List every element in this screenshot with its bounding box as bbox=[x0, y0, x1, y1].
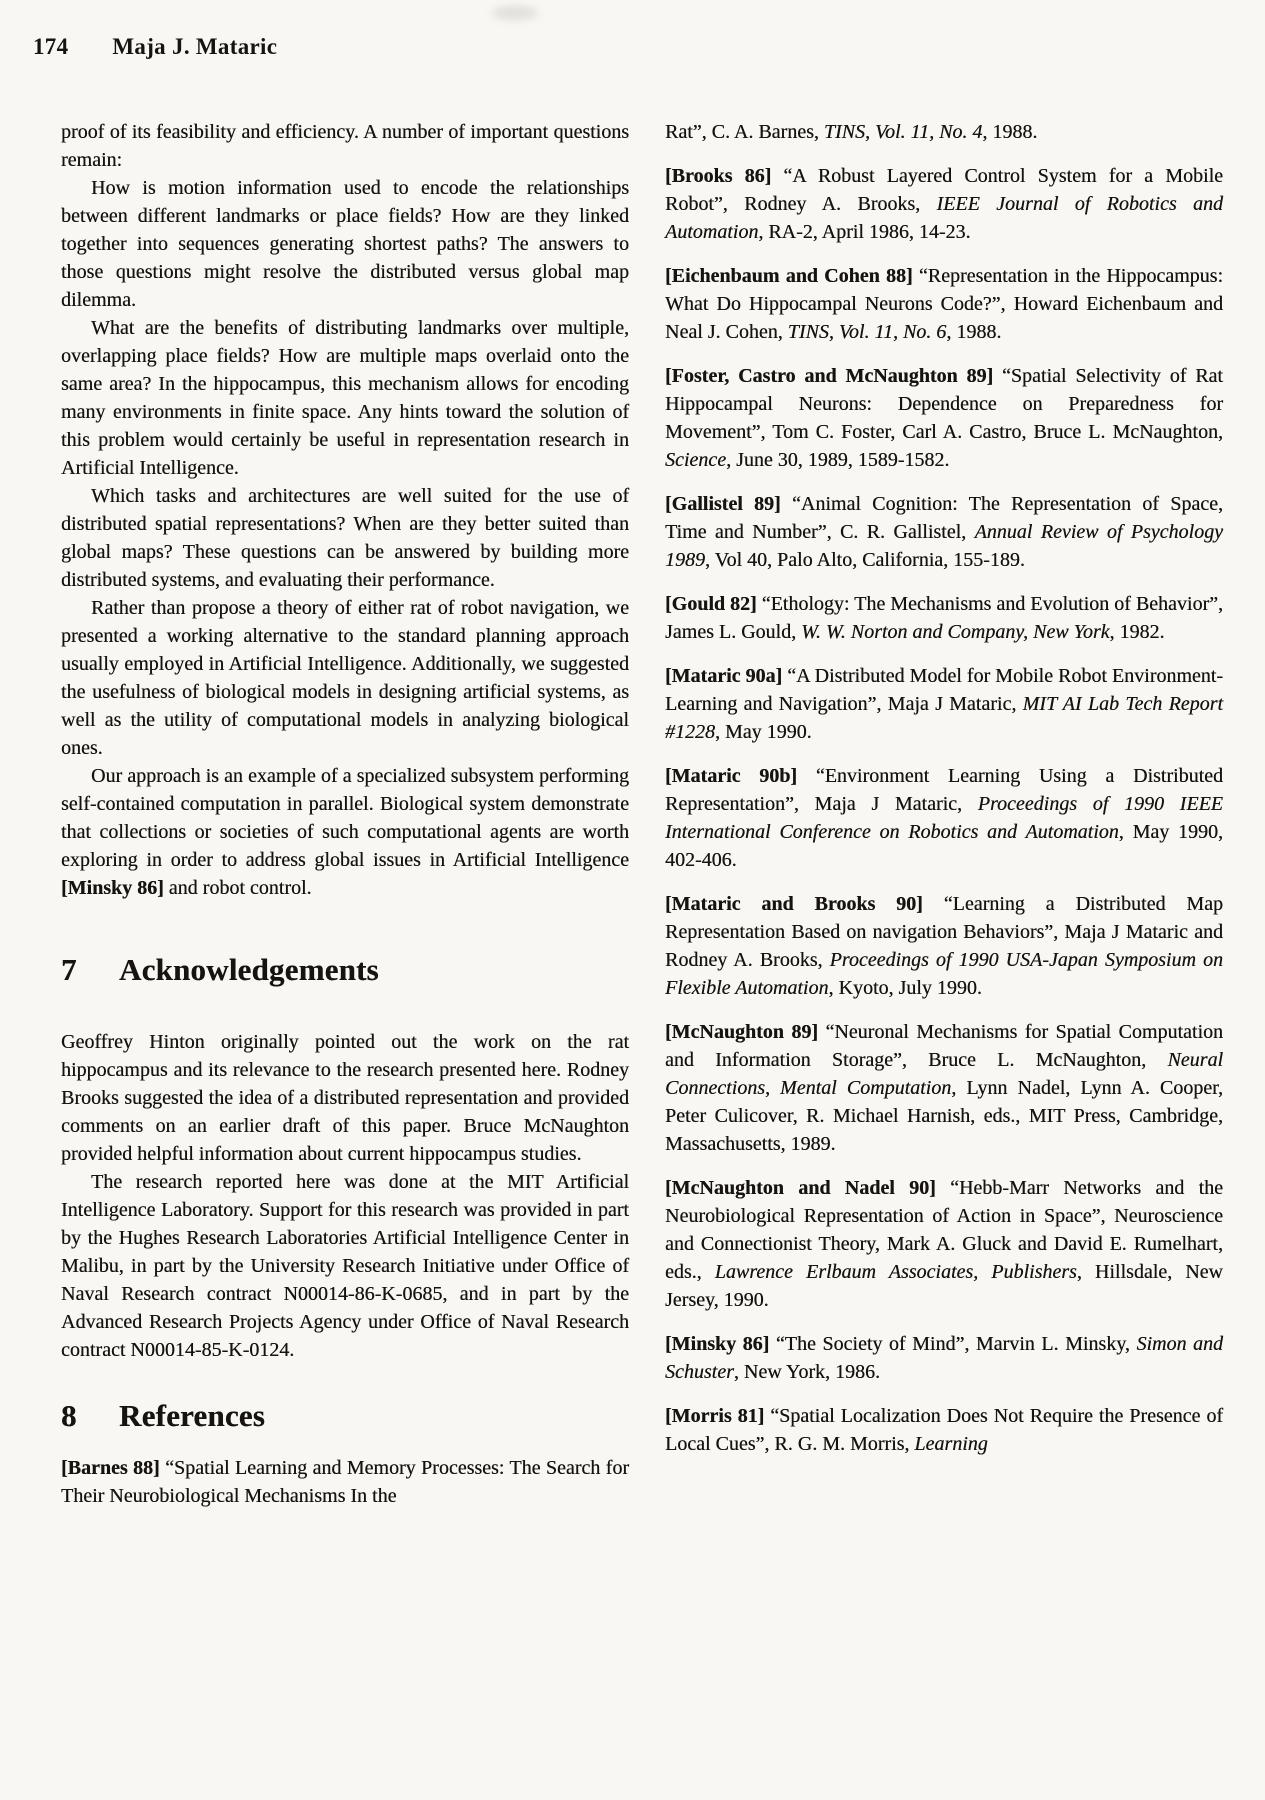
paragraph: What are the benefits of distributing la… bbox=[61, 314, 629, 482]
reference-key: [Mataric 90a] bbox=[665, 665, 782, 687]
text-run: Which tasks and architectures are well s… bbox=[61, 485, 629, 591]
page-number: 174 bbox=[33, 34, 68, 59]
left-column: proof of its feasibility and efficiency.… bbox=[61, 118, 629, 1510]
paragraph: proof of its feasibility and efficiency.… bbox=[61, 118, 629, 174]
text-run: What are the benefits of distributing la… bbox=[61, 317, 629, 479]
section-number: 8 bbox=[61, 1394, 119, 1438]
italic-text: Lawrence Erlbaum Associates, Publishers bbox=[715, 1261, 1077, 1283]
paragraph: Geoffrey Hinton originally pointed out t… bbox=[61, 1028, 629, 1168]
reference-entry: [Brooks 86] “A Robust Layered Control Sy… bbox=[665, 162, 1223, 246]
reference-key: [Gallistel 89] bbox=[665, 493, 781, 515]
reference-key: [McNaughton 89] bbox=[665, 1021, 818, 1043]
text-run: “The Society of Mind”, Marvin L. Minsky, bbox=[769, 1333, 1136, 1355]
reference-entry: [Mataric 90b] “Environment Learning Usin… bbox=[665, 762, 1223, 874]
reference-entry: [Barnes 88] “Spatial Learning and Memory… bbox=[61, 1454, 629, 1510]
reference-entry: [Mataric 90a] “A Distributed Model for M… bbox=[665, 662, 1223, 746]
reference-entry: [McNaughton 89] “Neuronal Mechanisms for… bbox=[665, 1018, 1223, 1158]
italic-text: Learning bbox=[914, 1433, 987, 1455]
scan-smudge bbox=[492, 6, 538, 20]
reference-key: [Minsky 86] bbox=[665, 1333, 769, 1355]
reference-key: [Morris 81] bbox=[665, 1405, 764, 1427]
page-header: 174Maja J. Mataric bbox=[33, 34, 277, 60]
italic-text: TINS, Vol. 11, No. 4 bbox=[824, 121, 983, 143]
text-run: The research reported here was done at t… bbox=[61, 1171, 629, 1361]
reference-entry: [Minsky 86] “The Society of Mind”, Marvi… bbox=[665, 1330, 1223, 1386]
section-heading-references: 8References bbox=[61, 1394, 629, 1438]
paragraph: The research reported here was done at t… bbox=[61, 1168, 629, 1364]
reference-entry: [Foster, Castro and McNaughton 89] “Spat… bbox=[665, 362, 1223, 474]
italic-text: Science bbox=[665, 449, 726, 471]
reference-key: [Barnes 88] bbox=[61, 1457, 160, 1479]
text-run: , 1988. bbox=[946, 321, 1001, 343]
reference-key: [Gould 82] bbox=[665, 593, 757, 615]
text-run: , Vol 40, Palo Alto, California, 155-189… bbox=[705, 549, 1025, 571]
italic-text: W. W. Norton and Company, New York bbox=[801, 621, 1109, 643]
text-run: Rather than propose a theory of either r… bbox=[61, 597, 629, 759]
text-run: , Kyoto, July 1990. bbox=[829, 977, 982, 999]
section-number: 7 bbox=[61, 948, 119, 992]
reference-entry: [Morris 81] “Spatial Localization Does N… bbox=[665, 1402, 1223, 1458]
text-run: , New York, 1986. bbox=[734, 1361, 880, 1383]
text-run: and robot control. bbox=[164, 877, 312, 899]
paragraph: Which tasks and architectures are well s… bbox=[61, 482, 629, 594]
section-title: References bbox=[119, 1398, 265, 1433]
text-run: How is motion information used to encode… bbox=[61, 177, 629, 311]
reference-key: [Mataric 90b] bbox=[665, 765, 797, 787]
reference-entry: [McNaughton and Nadel 90] “Hebb-Marr Net… bbox=[665, 1174, 1223, 1314]
reference-entry: [Mataric and Brooks 90] “Learning a Dist… bbox=[665, 890, 1223, 1002]
running-head: Maja J. Mataric bbox=[112, 34, 277, 59]
reference-key: [McNaughton and Nadel 90] bbox=[665, 1177, 936, 1199]
paragraph: Rather than propose a theory of either r… bbox=[61, 594, 629, 762]
text-run: , 1982. bbox=[1109, 621, 1164, 643]
text-run: proof of its feasibility and efficiency.… bbox=[61, 121, 629, 171]
text-run: , May 1990. bbox=[715, 721, 812, 743]
section-title: Acknowledgements bbox=[119, 952, 379, 987]
text-run: Geoffrey Hinton originally pointed out t… bbox=[61, 1031, 629, 1165]
italic-text: TINS, Vol. 11, No. 6 bbox=[788, 321, 947, 343]
reference-key: [Brooks 86] bbox=[665, 165, 771, 187]
reference-entry: [Gallistel 89] “Animal Cognition: The Re… bbox=[665, 490, 1223, 574]
scanned-paper-page: { "colors": { "paper": "#f8f7f3", "ink":… bbox=[0, 0, 1265, 1800]
reference-key: [Minsky 86] bbox=[61, 877, 164, 899]
reference-entry: [Gould 82] “Ethology: The Mechanisms and… bbox=[665, 590, 1223, 646]
text-run: , 1988. bbox=[982, 121, 1037, 143]
reference-key: [Foster, Castro and McNaughton 89] bbox=[665, 365, 993, 387]
reference-key: [Eichenbaum and Cohen 88] bbox=[665, 265, 913, 287]
reference-entry: [Eichenbaum and Cohen 88] “Representatio… bbox=[665, 262, 1223, 346]
section-heading-acknowledgements: 7Acknowledgements bbox=[61, 948, 629, 992]
right-column: Rat”, C. A. Barnes, TINS, Vol. 11, No. 4… bbox=[665, 118, 1223, 1458]
paragraph: Our approach is an example of a speciali… bbox=[61, 762, 629, 902]
text-run: , June 30, 1989, 1589-1582. bbox=[726, 449, 949, 471]
reference-key: [Mataric and Brooks 90] bbox=[665, 893, 923, 915]
text-run: Rat”, C. A. Barnes, bbox=[665, 121, 824, 143]
text-run: Our approach is an example of a speciali… bbox=[61, 765, 629, 871]
text-run: , RA-2, April 1986, 14-23. bbox=[758, 221, 970, 243]
reference-entry: Rat”, C. A. Barnes, TINS, Vol. 11, No. 4… bbox=[665, 118, 1223, 146]
paragraph: How is motion information used to encode… bbox=[61, 174, 629, 314]
